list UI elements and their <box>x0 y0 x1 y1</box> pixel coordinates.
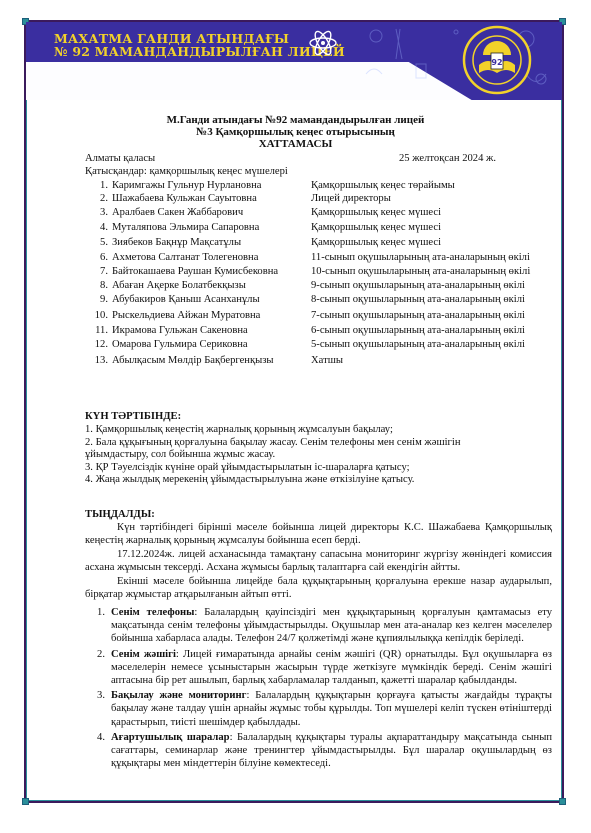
measure-term: Бақылау және мониторинг <box>111 690 246 701</box>
measure-item: 4.Ағартушылық шаралар: Балалардың құқықт… <box>85 731 552 771</box>
member-number: 7. <box>88 265 108 278</box>
member-role: 7-сынып оқушыларының ата-аналарының өкіл… <box>311 309 525 322</box>
member-name: Аралбаев Сакен Жаббарович <box>112 206 243 219</box>
heard-paragraph: Екінші мәселе бойынша лицейде бала құқық… <box>85 575 552 602</box>
frame-corner <box>559 798 566 805</box>
participants-label: Қатысқандар: қамқоршылық кеңес мүшелері <box>85 165 288 178</box>
member-role: 11-сынып оқушыларының ата-аналарының өкі… <box>311 251 530 264</box>
member-name: Ахметова Салтанат Толегеновна <box>112 251 258 264</box>
member-role: Қамқоршылық кеңес мүшесі <box>311 206 441 219</box>
agenda-list: 1. Қамқоршылық кеңестің жарналық қорының… <box>85 424 545 487</box>
member-role: Қамқоршылық кеңес мүшесі <box>311 236 441 249</box>
member-name: Абылқасым Мөлдір Бақбергенқызы <box>112 354 274 367</box>
member-number: 8. <box>88 279 108 292</box>
member-name: Муталяпова Эльмира Сапаровна <box>112 221 259 234</box>
member-name: Каримгажы Гульнур Нурлановна <box>112 179 261 192</box>
member-number: 2. <box>88 192 108 205</box>
doc-title-line2: №3 Қамқоршылық кеңес отырысының <box>0 126 591 138</box>
heard-paragraph: 17.12.2024ж. лицей асханасында тамақтану… <box>85 548 552 575</box>
meeting-date: 25 желтоқсан 2024 ж. <box>399 152 496 165</box>
banner-title: МАХАТМА ГАНДИ АТЫНДАҒЫ № 92 МАМАНДАНДЫРЫ… <box>54 32 345 58</box>
member-name: Рыскельдиева Айжан Муратовна <box>112 309 260 322</box>
member-role: Хатшы <box>311 354 343 367</box>
measure-item: 3.Бақылау және мониторинг: Балалардың құ… <box>85 689 552 729</box>
agenda-title: КҮН ТӘРТІБІНДЕ: <box>85 410 181 423</box>
measure-number: 2. <box>85 648 105 661</box>
member-name: Шажабаева Кульжан Сауытовна <box>112 192 257 205</box>
doc-title-line3: ХАТТАМАСЫ <box>0 138 591 150</box>
atom-icon <box>308 29 338 57</box>
member-number: 3. <box>88 206 108 219</box>
member-name: Абубакиров Қаныш Асанханұлы <box>112 293 260 306</box>
member-number: 11. <box>88 324 108 337</box>
measure-term: Ағартушылық шаралар <box>111 732 230 743</box>
measures-list: 1.Сенім телефоны: Балалардың қауіпсіздіг… <box>85 606 552 772</box>
lyceum-logo-icon: 92 <box>462 25 532 95</box>
member-number: 5. <box>88 236 108 249</box>
member-name: Икрамова Гульжан Сакеновна <box>112 324 248 337</box>
school-banner: МАХАТМА ГАНДИ АТЫНДАҒЫ № 92 МАМАНДАНДЫРЫ… <box>26 22 562 100</box>
agenda-item: 2. Бала құқығының қорғалуына бақылау жас… <box>85 437 545 450</box>
measure-item: 1.Сенім телефоны: Балалардың қауіпсіздіг… <box>85 606 552 646</box>
member-number: 12. <box>88 338 108 351</box>
member-role: 5-сынып оқушыларының ата-аналарының өкіл… <box>311 338 525 351</box>
measure-item: 2.Сенім жәшігі: Лицей ғимаратында арнайы… <box>85 648 552 688</box>
agenda-item: 4. Жаңа жылдық мерекенің ұйымдастырылуын… <box>85 474 545 487</box>
measure-number: 3. <box>85 689 105 702</box>
member-name: Зиябеков Бақнұр Мақсатұлы <box>112 236 241 249</box>
agenda-item: 3. ҚР Тәуелсіздік күніне орай ұйымдастыр… <box>85 462 545 475</box>
member-role: Лицей директоры <box>311 192 391 205</box>
member-number: 6. <box>88 251 108 264</box>
agenda-item: 1. Қамқоршылық кеңестің жарналық қорының… <box>85 424 545 437</box>
heard-title: ТЫҢДАЛДЫ: <box>85 508 155 521</box>
measure-term: Сенім жәшігі <box>111 649 176 660</box>
city: Алматы қаласы <box>85 152 155 165</box>
member-role: 10-сынып оқушыларының ата-аналарының өкі… <box>311 265 530 278</box>
member-number: 13. <box>88 354 108 367</box>
heard-paragraph: Күн тәртібіндегі бірінші мәселе бойынша … <box>85 521 552 548</box>
measure-number: 1. <box>85 606 105 619</box>
member-name: Омарова Гульмира Сериковна <box>112 338 248 351</box>
frame-corner <box>22 798 29 805</box>
member-role: 9-сынып оқушыларының ата-аналарының өкіл… <box>311 279 525 292</box>
doc-title-line1: М.Ганди атындағы №92 мамандандырылған ли… <box>0 114 591 126</box>
member-name: Байтокашаева Раушан Кумисбековна <box>112 265 278 278</box>
member-role: 8-сынып оқушыларының ата-аналарының өкіл… <box>311 293 525 306</box>
member-number: 1. <box>88 179 108 192</box>
svg-text:92: 92 <box>491 58 502 67</box>
member-role: 6-сынып оқушыларының ата-аналарының өкіл… <box>311 324 525 337</box>
member-number: 10. <box>88 309 108 322</box>
member-number: 9. <box>88 293 108 306</box>
member-number: 4. <box>88 221 108 234</box>
measure-term: Сенім телефоны <box>111 607 194 618</box>
measure-number: 4. <box>85 731 105 744</box>
member-role: Қамқоршылық кеңес төрайымы <box>311 179 455 192</box>
measure-text: : Лицей ғимаратында арнайы сенім жәшігі … <box>111 649 552 686</box>
agenda-item: ұйымдастыру, сол бойынша жұмыс жасау. <box>85 449 545 462</box>
banner-title-line2: № 92 МАМАНДАНДЫРЫЛҒАН ЛИЦЕЙ <box>54 45 345 58</box>
member-role: Қамқоршылық кеңес мүшесі <box>311 221 441 234</box>
member-name: Абаған Ақерке Болатбекқызы <box>112 279 246 292</box>
